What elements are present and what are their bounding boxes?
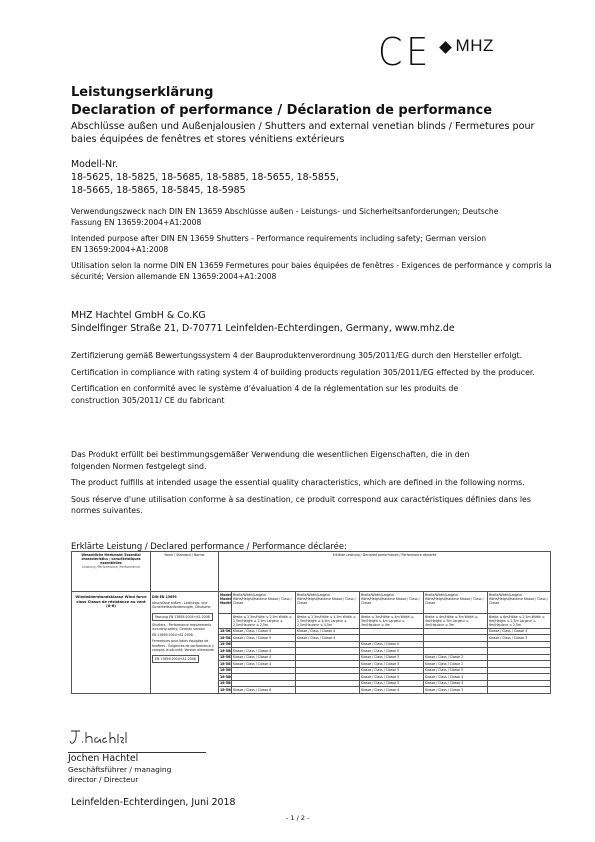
table-caption: Erklärte Leistung / Declared performance… <box>71 541 347 551</box>
class-value: Klasse / Class / Classe 3 <box>424 687 488 694</box>
norm-line: EN 13659:2004+A1:2008 <box>152 633 217 637</box>
certification-en: Certification in compliance with rating … <box>71 367 541 379</box>
certification-fr: Certification en conformité avec le syst… <box>71 383 491 406</box>
fulfillment: Das Produkt erfüllt bei bestimmungsgemäß… <box>71 449 541 522</box>
model-cell: 18-5985 <box>219 687 232 694</box>
fulfillment-de: Das Produkt erfüllt bei bestimmungsgemäß… <box>71 449 491 472</box>
manufacturer-name: MHZ Hachtel GmbH & Co.KG <box>71 309 551 322</box>
performance-table: Wesentliche Merkmale/ Essential characte… <box>71 551 551 694</box>
norm-line: DIN EN 13659 <box>152 595 217 599</box>
intended-use-de: Verwendungszweck nach DIN EN 13659 Absch… <box>71 206 511 228</box>
intended-use-en: Intended purpose after DIN EN 13659 Shut… <box>71 233 491 255</box>
brand-name: MHZ <box>456 36 494 56</box>
manufacturer: MHZ Hachtel GmbH & Co.KG Sindelfinger St… <box>71 309 551 335</box>
size-condition: Breite ≤ 6m/Höhe ≤ 2,5m Width ≤ 6m/Heigh… <box>488 614 551 629</box>
size-condition: Breite ≤ 2,5m/Höhe ≤ 4,5m Width ≤ 2,5m/H… <box>296 614 360 629</box>
fulfillment-en: The product fulfills at intended usage t… <box>71 477 541 489</box>
class-value: Klasse / Class / Classe 4 <box>360 687 424 694</box>
handwritten-signature-icon <box>68 728 128 746</box>
class-value <box>488 687 551 694</box>
norm-cell: DIN EN 13659Abschlüsse außen - Leistungs… <box>151 592 219 694</box>
size-condition: Breite ≤ 2,5m/Höhe ≤ 2,5m Width ≤ 2,5m/H… <box>232 614 296 629</box>
norm-line: Fassung EN 13659:2004+A1:2008 <box>152 613 213 621</box>
model-line-2: 18-5665, 18-5865, 18-5845, 18-5985 <box>71 184 551 197</box>
class-value <box>296 687 360 694</box>
size-condition: Breite ≤ 3m/Höhe ≤ 4m Width ≤ 3m/Height … <box>360 614 424 629</box>
dimension-header: Breite/Width/Largeur Höhe/Height/Hauteur… <box>296 592 360 614</box>
norm-line: Shutters - Performance requirements incl… <box>152 623 217 631</box>
size-condition: Breite ≤ 4m/Höhe ≤ 3m Width ≤ 4m/Height … <box>424 614 488 629</box>
subtitle: Abschlüsse außen und Außenjalousien / Sh… <box>71 120 541 146</box>
norm-line: EN 13659:2004+A1:2008 <box>152 655 199 663</box>
header-characteristics: Wesentliche Merkmale/ Essential characte… <box>72 552 151 592</box>
ce-mhz-logo: CE MHZ <box>378 34 494 70</box>
dimension-header: Breite/Width/Largeur Höhe/Height/Hauteur… <box>360 592 424 614</box>
place-date: Leinfelden-Echterdingen, Juni 2018 <box>71 797 235 808</box>
signatory-role-2: director / Directeur <box>68 775 208 785</box>
certification: Zertifizierung gemäß Bewertungssystem 4 … <box>71 350 541 411</box>
title-en-fr: Declaration of performance / Déclaration… <box>71 102 551 120</box>
empty-cell <box>219 614 232 629</box>
table-header-row: Windwiderstandsklasse Wind force class C… <box>72 592 551 614</box>
fulfillment-fr: Sous réserve d'une utilisation conforme … <box>71 494 541 517</box>
characteristic-cell: Windwiderstandsklasse Wind force class C… <box>72 592 151 694</box>
class-value: Klasse / Class / Classe 6 <box>232 687 296 694</box>
signatory-role-1: Geschäftsführer / managing <box>68 765 208 775</box>
dimension-header: Breite/Width/Largeur Höhe/Height/Hauteur… <box>424 592 488 614</box>
norm-line: Fermetures pour baies équipées de fenêtr… <box>152 639 217 652</box>
model-line-1: 18-5625, 18-5825, 18-5685, 18-5885, 18-5… <box>71 171 551 184</box>
model-numbers: Modell-Nr. 18-5625, 18-5825, 18-5685, 18… <box>71 158 551 197</box>
signatory-name: Jochen Hachtel <box>68 753 208 765</box>
title-block: Leistungserklärung Declaration of perfor… <box>71 84 551 146</box>
dimension-header: Breite/Width/Largeur Höhe/Height/Hauteur… <box>488 592 551 614</box>
intended-use: Verwendungszweck nach DIN EN 13659 Absch… <box>71 206 561 287</box>
norm-line: Abschlüsse außen - Leistungs- und Sicher… <box>152 601 217 609</box>
header-declared: Erklärte Leistung / Declared performance… <box>219 552 551 592</box>
dimension-header: Breite/Width/Largeur Höhe/Height/Hauteur… <box>232 592 296 614</box>
manufacturer-address: Sindelfinger Straße 21, D-70771 Leinfeld… <box>71 322 551 335</box>
ce-mark: CE <box>378 33 432 71</box>
model-header: Modell/ Model/ Modèle <box>219 592 232 614</box>
certification-de: Zertifizierung gemäß Bewertungssystem 4 … <box>71 350 541 362</box>
diamond-icon <box>439 41 452 54</box>
title-de: Leistungserklärung <box>71 84 551 102</box>
intended-use-fr: Utilisation selon la norme DIN EN 13659 … <box>71 260 561 282</box>
model-label: Modell-Nr. <box>71 158 551 171</box>
page-number: - 1 / 2 - <box>286 814 309 822</box>
header-norm: Norm / Standard / Norme <box>151 552 219 592</box>
signature-block: Jochen Hachtel Geschäftsführer / managin… <box>68 728 208 785</box>
